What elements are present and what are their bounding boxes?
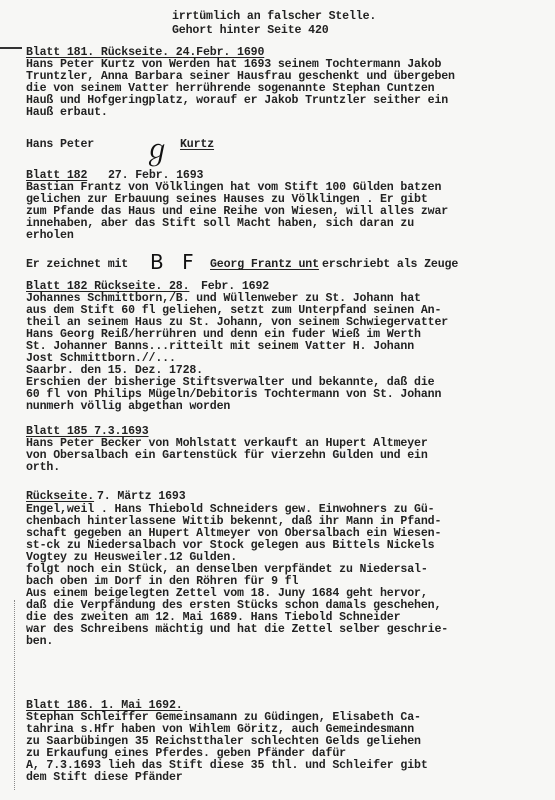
handwritten-mark-icon: ℊ	[143, 128, 171, 168]
entry-line: orth.	[26, 462, 60, 474]
entry-heading-rueckseite: Rückseite.	[26, 491, 94, 503]
typewritten-document-page: irrtümlich an falscher Stelle. Gehort hi…	[0, 0, 555, 800]
entry-line: Hauß erbaut.	[26, 107, 108, 119]
header-note-line-1: irrtümlich an falscher Stelle.	[172, 11, 376, 23]
entry-line: erholen	[26, 230, 74, 242]
entry-line: dem Stift diese Pfänder	[26, 772, 183, 784]
signature-note-prefix: Er zeichnet mit	[26, 259, 128, 271]
signature-last-name: Kurtz	[180, 139, 214, 151]
entry-line: nunmerh völlig abgethan worden	[26, 401, 230, 413]
header-note-line-2: Gehort hinter Seite 420	[172, 25, 329, 37]
entry-heading-date: 7. Märtz 1693	[97, 491, 186, 503]
entry-line: ben.	[26, 636, 53, 648]
entry-line: innehaben, aber das Stift soll Macht hab…	[26, 218, 414, 230]
witness-note: erschriebt als Zeuge	[322, 259, 458, 271]
witness-name: Georg Frantz unt	[210, 259, 319, 271]
margin-mark	[0, 47, 22, 49]
entry-line: war des Schreibens mächtig und hat die Z…	[26, 624, 448, 636]
entry-line: von Obersalbach ein Gartenstück für vier…	[26, 450, 428, 462]
margin-dots	[14, 600, 17, 790]
handwritten-initials-bf: B F	[150, 250, 200, 274]
signature-first-name: Hans Peter	[26, 139, 94, 151]
